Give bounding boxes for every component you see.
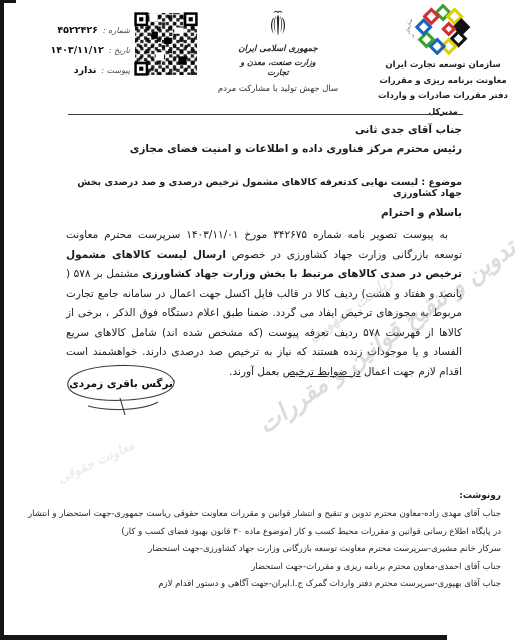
republic-name: جمهوری اسلامی ایران (232, 44, 324, 54)
scan-edge-left (0, 0, 4, 640)
attachment-value: ندارد (74, 65, 97, 76)
tpo-header: سازمان توسعه تجارت ایران Trade Promotion… (362, 0, 524, 119)
recipient-name: جناب آقای جدی ثانی (66, 124, 462, 136)
tpo-arc-top-text: سازمان توسعه تجارت ایران (394, 0, 414, 34)
svg-text:سازمان توسعه تجارت ایران: سازمان توسعه تجارت ایران (394, 0, 414, 34)
ministry-name: وزارت صنعت، معدن و تجارت (232, 57, 324, 77)
tpo-director-general: مدیرکل (362, 105, 524, 119)
date-value: ۱۴۰۳/۱۱/۱۲ (51, 45, 104, 56)
cc-item: جناب آقای مهدی زاده-معاون محترم تدوین و … (28, 506, 501, 541)
subject-label: موضوع : (421, 177, 462, 188)
date-label: تاریخ : (109, 46, 130, 55)
scan-edge-top (0, 0, 16, 3)
recipient-title: رئیس محترم مرکز فناوری داده و اطلاعات و … (66, 143, 462, 155)
number-value: ۴۵۲۲۴۲۶ (57, 25, 98, 36)
scan-edge-bottom (0, 635, 447, 640)
cc-item: جناب آقای بهپوری-سرپرست محترم دفتر واردا… (28, 576, 501, 594)
subject-line: موضوع : لیست نهایی کدتعرفه کالاهای مشمول… (66, 177, 462, 199)
tpo-deputy-name: معاونت برنامه ریزی و مقررات (362, 74, 524, 90)
iran-emblem-icon (261, 8, 295, 42)
tpo-org-name: سازمان توسعه تجارت ایران (362, 58, 524, 74)
qr-code-icon (133, 11, 199, 77)
letter-meta: شماره : ۴۵۲۲۴۲۶ تاریخ : ۱۴۰۳/۱۱/۱۲ پیوست… (34, 25, 130, 85)
body-seg4-underlined: در ضوابط ترخیص (283, 366, 361, 378)
scanned-letter-page: شماره : ۴۵۲۲۴۲۶ تاریخ : ۱۴۰۳/۱۱/۱۲ پیوست… (0, 0, 531, 640)
cc-label: رونوشت: (28, 491, 501, 501)
recipient-block: جناب آقای جدی ثانی رئیس محترم مرکز فناور… (66, 124, 462, 155)
ministry-header: جمهوری اسلامی ایران وزارت صنعت، معدن و ت… (232, 8, 324, 77)
year-slogan: سال جهش تولید با مشارکت مردم (197, 84, 359, 94)
signature-block: نرگس باقری زمردی (58, 358, 184, 418)
tpo-office-name: دفتر مقررات صادرات و واردات (362, 89, 524, 105)
attachment-label: پیوست : (101, 66, 130, 75)
meta-date-row: تاریخ : ۱۴۰۳/۱۱/۱۲ (34, 45, 130, 56)
salutation: باسلام و احترام (381, 207, 462, 219)
number-label: شماره : (103, 26, 130, 35)
tpo-logo-icon: سازمان توسعه تجارت ایران Trade Promotion… (394, 0, 492, 58)
registration-stamp-faint: معاونت حقوقی (56, 438, 137, 487)
signer-name: نرگس باقری زمردی (58, 378, 184, 390)
meta-attachment-row: پیوست : ندارد (34, 65, 130, 76)
cc-item: سرکار خانم مشیری-سرپرست محترم معاونت توس… (28, 541, 501, 559)
cc-section: رونوشت: جناب آقای مهدی زاده-معاون محترم … (28, 491, 501, 594)
header-divider (68, 114, 463, 115)
body-seg5: بعمل آورند. (229, 366, 283, 378)
cc-item: جناب آقای احمدی-معاون محترم برنامه ریزی … (28, 559, 501, 577)
meta-number-row: شماره : ۴۵۲۲۴۲۶ (34, 25, 130, 36)
subject-text: لیست نهایی کدتعرفه کالاهای مشمول ترخیص د… (77, 177, 462, 199)
